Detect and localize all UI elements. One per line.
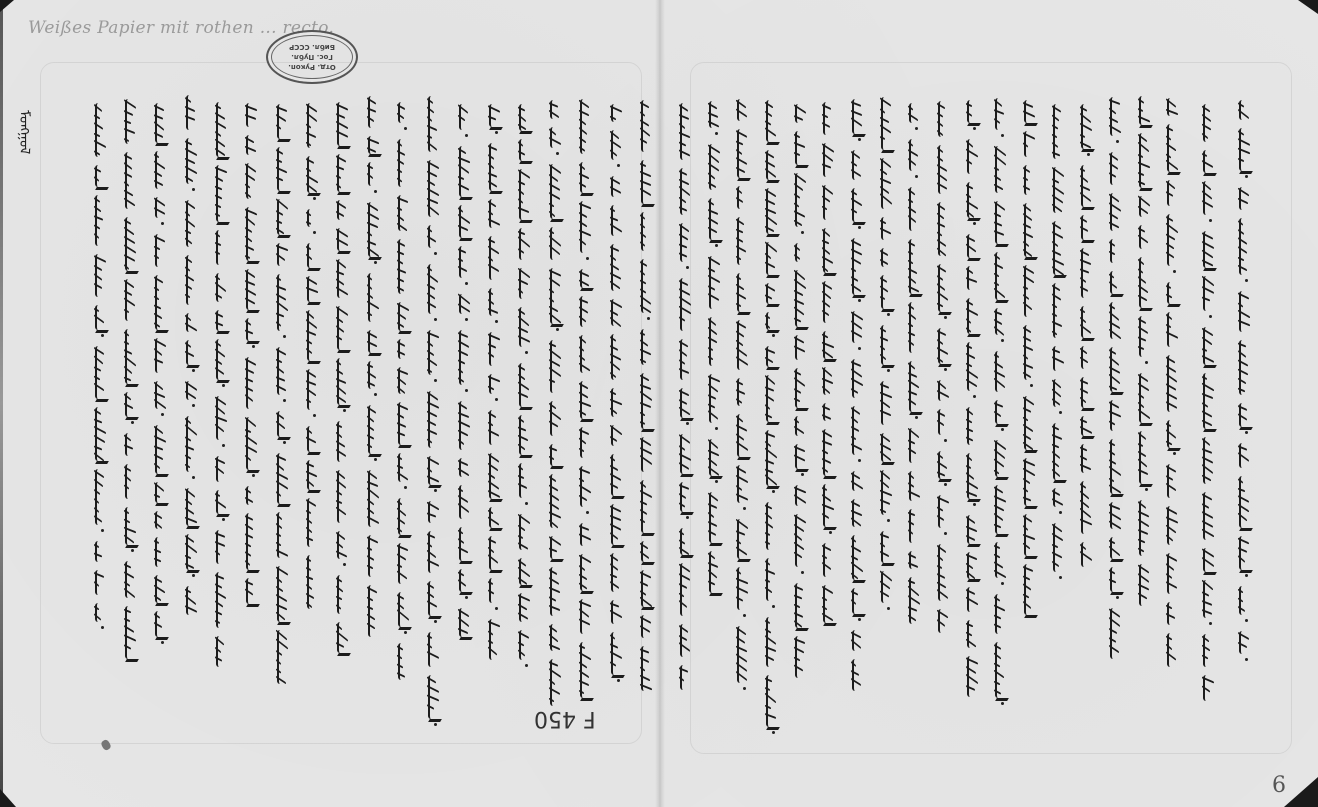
punctuation-mark	[283, 441, 286, 444]
punctuation-mark	[858, 226, 861, 229]
punctuation-mark	[715, 427, 718, 430]
script-word	[1081, 248, 1097, 298]
punctuation-mark	[973, 503, 976, 506]
left-page	[0, 0, 660, 807]
punctuation-mark	[973, 127, 976, 130]
punctuation-mark	[101, 529, 104, 532]
punctuation-mark	[772, 605, 775, 608]
punctuation-mark	[801, 231, 804, 234]
punctuation-mark	[944, 532, 947, 535]
script-word	[909, 239, 925, 294]
punctuation-mark	[1087, 153, 1090, 156]
punctuation-mark	[1001, 134, 1004, 137]
punctuation-mark	[495, 320, 498, 323]
manuscript-scan: Weißes Papier mit rothen ... recto. Отд.…	[0, 0, 1318, 807]
punctuation-mark	[252, 345, 255, 348]
punctuation-mark	[617, 164, 620, 167]
punctuation-mark	[1209, 219, 1212, 222]
punctuation-mark	[313, 231, 316, 234]
punctuation-mark	[283, 335, 286, 338]
punctuation-mark	[1059, 576, 1062, 579]
punctuation-mark	[525, 502, 528, 505]
script-word	[216, 572, 232, 628]
punctuation-mark	[343, 409, 346, 412]
punctuation-mark	[404, 486, 407, 489]
script-word	[938, 202, 954, 256]
punctuation-mark	[465, 389, 468, 392]
script-word	[795, 243, 811, 262]
punctuation-mark	[192, 404, 195, 407]
punctuation-mark	[586, 257, 589, 260]
punctuation-mark	[1030, 384, 1033, 387]
punctuation-mark	[1001, 339, 1004, 342]
script-word	[1139, 257, 1155, 308]
punctuation-mark	[374, 261, 377, 264]
punctuation-mark	[192, 574, 195, 577]
punctuation-mark	[101, 334, 104, 337]
punctuation-mark	[434, 489, 437, 492]
punctuation-mark	[586, 511, 589, 514]
script-word	[823, 403, 839, 421]
punctuation-mark	[858, 347, 861, 350]
punctuation-mark	[944, 483, 947, 486]
punctuation-mark	[252, 474, 255, 477]
punctuation-mark	[858, 138, 861, 141]
script-word	[246, 513, 262, 570]
punctuation-mark	[743, 507, 746, 510]
punctuation-mark	[1245, 658, 1248, 661]
right-page	[660, 0, 1318, 807]
punctuation-mark	[556, 152, 559, 155]
script-word	[95, 103, 111, 157]
script-word	[823, 185, 839, 220]
punctuation-mark	[404, 631, 407, 634]
script-word	[1053, 104, 1069, 159]
script-word	[1167, 214, 1183, 266]
punctuation-mark	[161, 222, 164, 225]
punctuation-mark	[973, 395, 976, 398]
punctuation-mark	[434, 379, 437, 382]
punctuation-mark	[313, 414, 316, 417]
punctuation-mark	[973, 222, 976, 225]
punctuation-mark	[801, 473, 804, 476]
punctuation-mark	[686, 422, 689, 425]
punctuation-mark	[1001, 428, 1004, 431]
script-word	[398, 239, 414, 294]
punctuation-mark	[465, 596, 468, 599]
punctuation-mark	[495, 131, 498, 134]
punctuation-mark	[495, 398, 498, 401]
punctuation-mark	[743, 687, 746, 690]
script-word	[155, 275, 171, 330]
punctuation-mark	[1059, 411, 1062, 414]
script-word	[428, 264, 444, 314]
script-word	[459, 330, 475, 385]
punctuation-mark	[101, 626, 104, 629]
punctuation-mark	[715, 244, 718, 247]
script-word	[1139, 500, 1155, 556]
punctuation-mark	[1245, 574, 1248, 577]
punctuation-mark	[772, 731, 775, 734]
punctuation-mark	[1245, 279, 1248, 282]
punctuation-mark	[915, 175, 918, 178]
punctuation-mark	[374, 393, 377, 396]
script-word	[307, 555, 323, 609]
punctuation-mark	[1209, 622, 1212, 625]
punctuation-mark	[829, 531, 832, 534]
punctuation-mark	[525, 351, 528, 354]
punctuation-mark	[404, 127, 407, 130]
punctuation-mark	[887, 519, 890, 522]
punctuation-mark	[556, 328, 559, 331]
script-word	[580, 201, 596, 253]
punctuation-mark	[434, 252, 437, 255]
punctuation-mark	[222, 518, 225, 521]
script-word	[246, 486, 262, 505]
punctuation-mark	[887, 369, 890, 372]
script-word	[519, 139, 535, 161]
script-word	[1053, 221, 1069, 275]
punctuation-mark	[686, 516, 689, 519]
script-word	[125, 329, 141, 384]
punctuation-mark	[944, 439, 947, 442]
punctuation-mark	[161, 641, 164, 644]
punctuation-mark	[858, 459, 861, 462]
punctuation-mark	[1209, 315, 1212, 318]
punctuation-mark	[192, 369, 195, 372]
punctuation-mark	[465, 134, 468, 137]
punctuation-mark	[715, 132, 718, 135]
punctuation-mark	[617, 679, 620, 682]
punctuation-mark	[1001, 702, 1004, 705]
punctuation-mark	[131, 421, 134, 424]
script-word	[1167, 282, 1183, 304]
punctuation-mark	[743, 614, 746, 617]
punctuation-mark	[858, 299, 861, 302]
script-word	[95, 407, 111, 461]
punctuation-mark	[1116, 140, 1119, 143]
script-word	[1024, 203, 1040, 257]
punctuation-mark	[715, 480, 718, 483]
shelfmark: F 450	[534, 706, 596, 731]
script-word	[1203, 276, 1219, 311]
punctuation-mark	[772, 334, 775, 337]
script-word	[95, 603, 111, 622]
script-word	[1024, 325, 1040, 380]
punctuation-mark	[343, 563, 346, 566]
punctuation-mark	[915, 127, 918, 130]
punctuation-mark	[434, 318, 437, 321]
script-word	[909, 302, 925, 353]
library-stamp: Отд. Рукоп. Гос. Публ. Библ. СССР	[266, 30, 358, 84]
punctuation-mark	[915, 416, 918, 419]
script-word	[1139, 133, 1155, 188]
punctuation-mark	[1145, 488, 1148, 491]
stamp-line: Библ. СССР	[289, 42, 335, 52]
punctuation-mark	[944, 316, 947, 319]
punctuation-mark	[887, 607, 890, 610]
script-word	[1081, 481, 1097, 534]
punctuation-mark	[772, 490, 775, 493]
punctuation-mark	[222, 384, 225, 387]
punctuation-mark	[1245, 619, 1248, 622]
script-word	[125, 217, 141, 271]
folio-number: 6	[1272, 773, 1286, 798]
script-word	[766, 242, 782, 275]
punctuation-mark	[222, 444, 225, 447]
punctuation-mark	[495, 607, 498, 610]
punctuation-mark	[131, 549, 134, 552]
punctuation-mark	[161, 413, 164, 416]
punctuation-mark	[313, 197, 316, 200]
margin-title: ᠮᠣᠩᠭᠣᠯ	[12, 110, 36, 154]
stamp-line: Гос. Публ.	[291, 52, 333, 62]
script-word	[216, 102, 232, 157]
punctuation-mark	[465, 318, 468, 321]
punctuation-mark	[192, 476, 195, 479]
stamp-line: Отд. Рукоп.	[288, 62, 336, 72]
script-word	[1239, 340, 1255, 395]
punctuation-mark	[374, 458, 377, 461]
punctuation-mark	[374, 190, 377, 193]
script-word	[909, 428, 925, 463]
book-gutter	[655, 0, 665, 807]
punctuation-mark	[944, 368, 947, 371]
script-word	[1110, 271, 1126, 294]
script-word	[246, 207, 262, 261]
punctuation-mark	[525, 664, 528, 667]
punctuation-mark	[1059, 511, 1062, 514]
punctuation-mark	[647, 317, 650, 320]
punctuation-mark	[434, 723, 437, 726]
punctuation-mark	[801, 571, 804, 574]
script-word	[1139, 431, 1155, 484]
punctuation-mark	[1116, 596, 1119, 599]
punctuation-mark	[858, 618, 861, 621]
punctuation-mark	[1245, 175, 1248, 178]
script-word	[1053, 283, 1069, 338]
script-word	[186, 416, 202, 472]
script-word	[580, 642, 596, 698]
punctuation-mark	[887, 313, 890, 316]
punctuation-mark	[1173, 270, 1176, 273]
punctuation-mark	[1173, 452, 1176, 455]
punctuation-mark	[686, 266, 689, 269]
punctuation-mark	[192, 188, 195, 191]
script-word	[995, 642, 1011, 698]
script-word	[95, 541, 111, 562]
punctuation-mark	[283, 399, 286, 402]
punctuation-mark	[465, 282, 468, 285]
punctuation-mark	[1245, 431, 1248, 434]
punctuation-mark	[434, 620, 437, 623]
punctuation-mark	[1145, 361, 1148, 364]
punctuation-mark	[1001, 582, 1004, 585]
